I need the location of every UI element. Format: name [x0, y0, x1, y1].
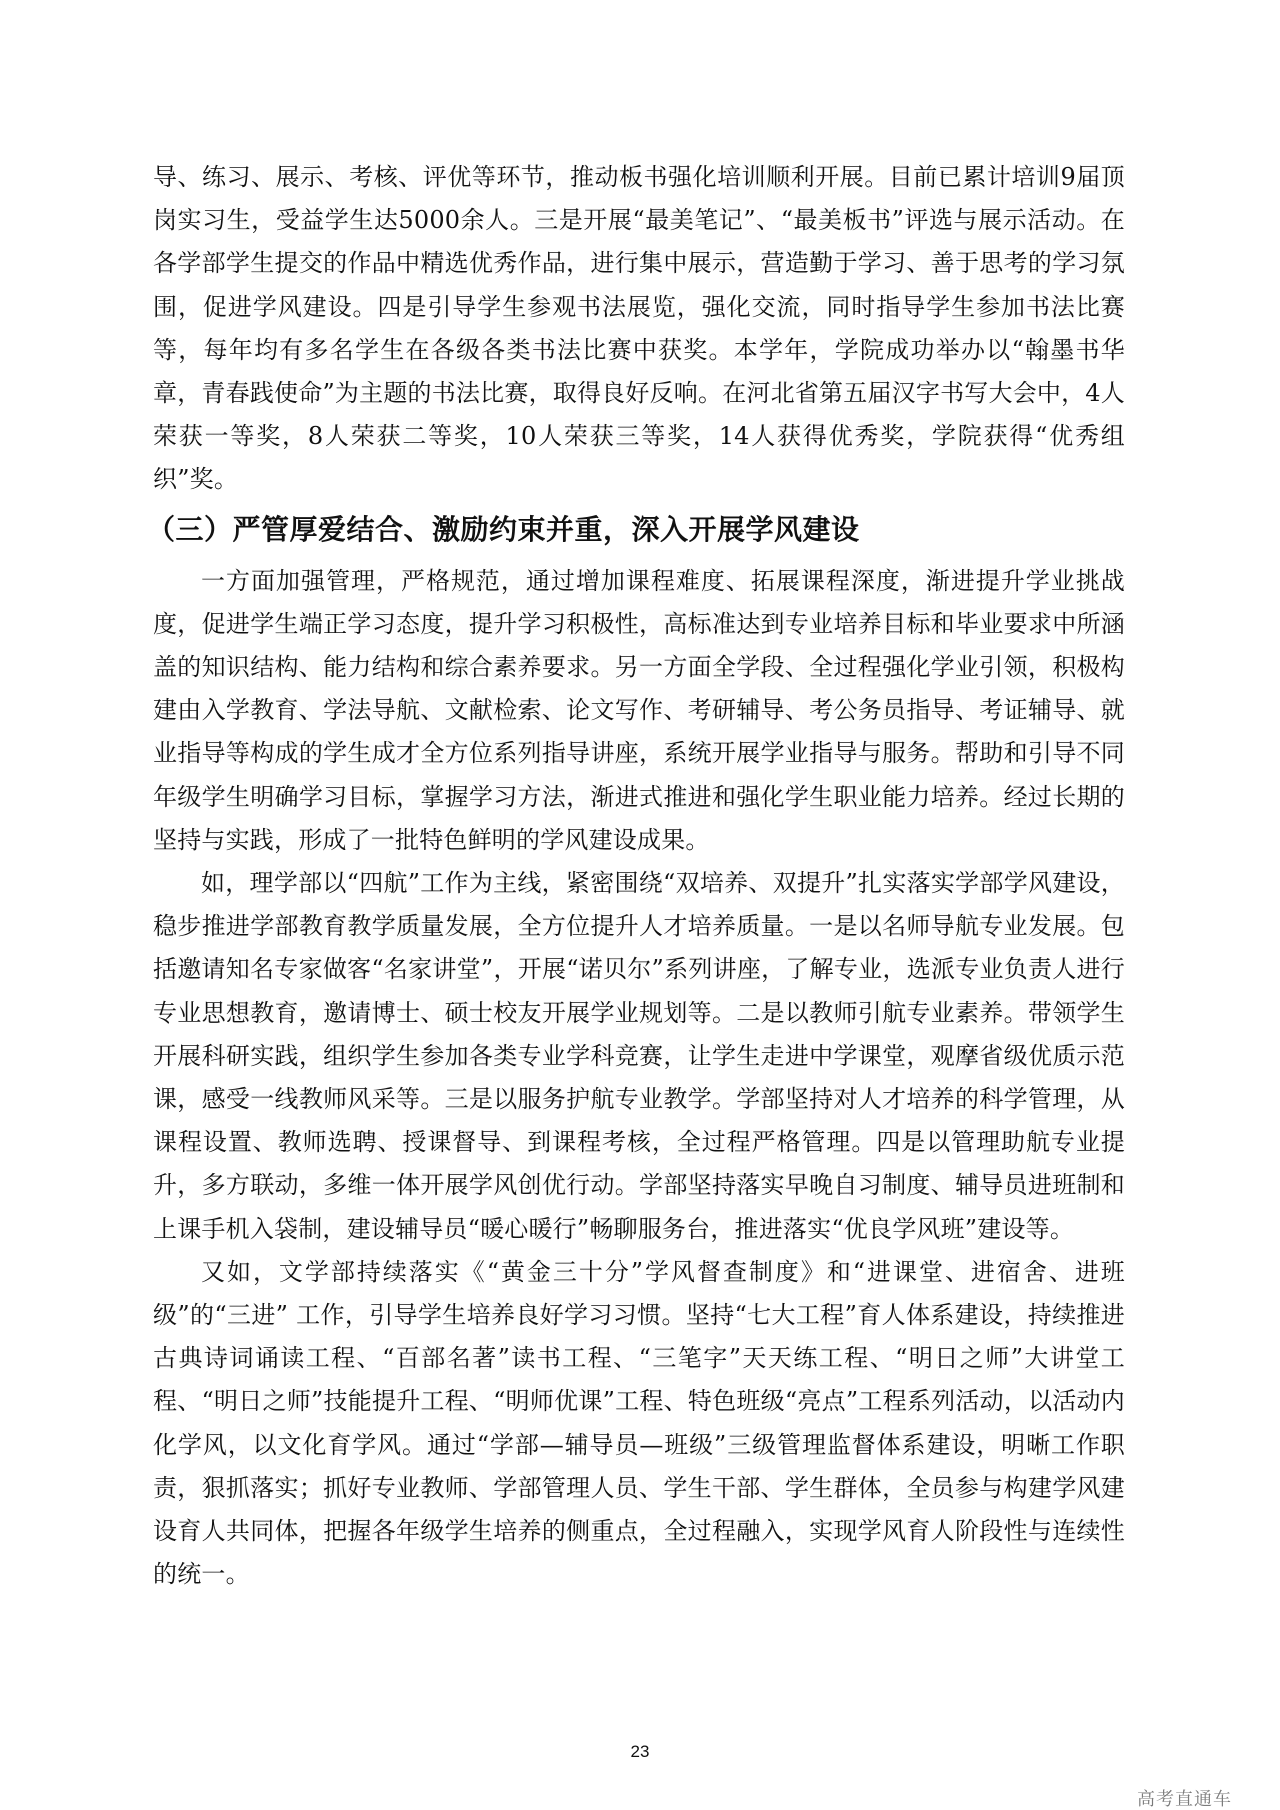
continuation-paragraph: 导、练习、展示、考核、评优等环节，推动板书强化培训顺利开展。目前已累计培训9届顶…	[153, 156, 1125, 502]
section-heading: （三）严管厚爱结合、激励约束并重，深入开展学风建设	[147, 510, 1125, 550]
watermark: 高考直通车	[1137, 1785, 1232, 1810]
body-paragraph: 如，理学部以“四航”工作为主线，紧密围绕“双培养、双提升”扎实落实学部学风建设，…	[153, 862, 1125, 1251]
body-paragraph: 又如，文学部持续落实《“黄金三十分”学风督查制度》和“进课堂、进宿舍、进班级”的…	[153, 1251, 1125, 1597]
page-number: 23	[0, 1742, 1280, 1762]
document-body: 导、练习、展示、考核、评优等环节，推动板书强化培训顺利开展。目前已累计培训9届顶…	[153, 156, 1125, 1597]
document-page: 导、练习、展示、考核、评优等环节，推动板书强化培训顺利开展。目前已累计培训9届顶…	[0, 0, 1280, 1810]
body-paragraph: 一方面加强管理，严格规范，通过增加课程难度、拓展课程深度，渐进提升学业挑战度，促…	[153, 560, 1125, 862]
